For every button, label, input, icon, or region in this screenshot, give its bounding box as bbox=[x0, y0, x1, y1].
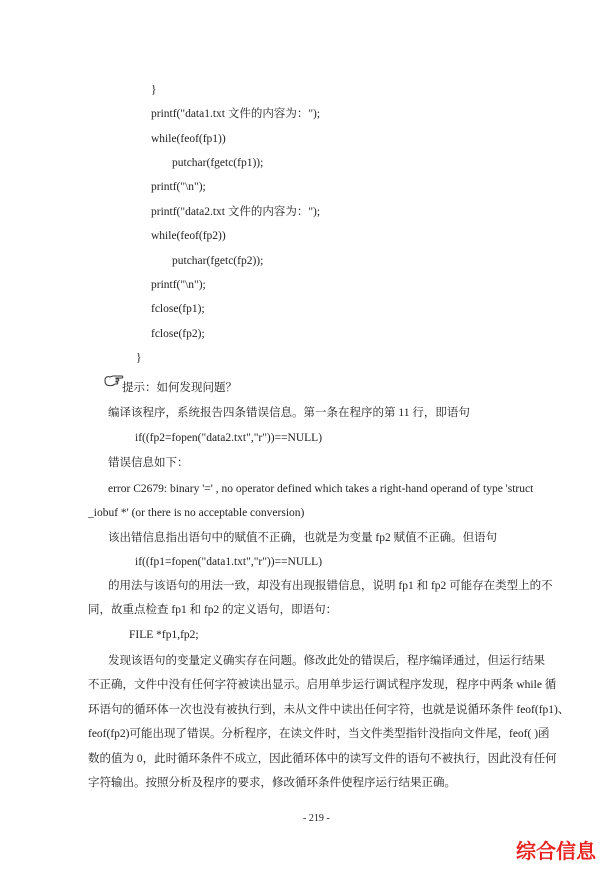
code-line: fclose(fp1); bbox=[151, 302, 205, 316]
code-line: fclose(fp2); bbox=[151, 327, 205, 341]
paragraph-text: 数的值为 0，此时循环条件不成立，因此循环体中的读写文件的语句不被执行，因此没有… bbox=[88, 752, 557, 766]
code-line: printf("data1.txt 文件的内容为："); bbox=[151, 107, 320, 121]
paragraph-text: 同，故重点检查 fp1 和 fp2 的定义语句，即语句： bbox=[88, 603, 337, 617]
code-statement: FILE *fp1,fp2; bbox=[129, 628, 199, 642]
paragraph-text: 发现该语句的变量定义确实存在问题。修改此处的错误后，程序编译通过，但运行结果 bbox=[108, 654, 545, 668]
code-line: putchar(fgetc(fp1)); bbox=[172, 156, 263, 170]
hint-label: 提示：如何发现问题？ bbox=[122, 381, 237, 395]
code-statement: if((fp2=fopen("data2.txt","r"))==NULL) bbox=[135, 431, 322, 445]
error-message-continued: _iobuf *' (or there is no acceptable con… bbox=[88, 506, 304, 520]
paragraph-text: 编译该程序，系统报告四条错误信息。第一条在程序的第 11 行，即语句 bbox=[108, 406, 470, 420]
code-line: printf("\n"); bbox=[151, 180, 206, 194]
code-line: while(feof(fp1)) bbox=[151, 132, 226, 146]
paragraph-text: 字符输出。按照分析及程序的要求，修改循环条件使程序运行结果正确。 bbox=[88, 776, 456, 790]
code-line: printf("data2.txt 文件的内容为："); bbox=[151, 205, 320, 219]
code-line-close-brace: } bbox=[136, 351, 142, 365]
code-line: putchar(fgetc(fp2)); bbox=[172, 254, 263, 268]
paragraph-text: 的用法与该语句的用法一致，却没有出现报错信息，说明 fp1 和 fp2 可能存在… bbox=[108, 579, 553, 593]
paragraph-text: 环语句的循环体一次也没有被执行到，未从文件中读出任何字符，也就是说循环条件 fe… bbox=[88, 703, 569, 717]
paragraph-text: 错误信息如下： bbox=[108, 456, 189, 470]
code-line: while(feof(fp2)) bbox=[151, 229, 226, 243]
watermark-logo: 综合信息 bbox=[516, 838, 596, 864]
pointing-hand-icon bbox=[104, 374, 124, 388]
page-number: - 219 - bbox=[303, 813, 330, 825]
paragraph-text: feof(fp2)可能出现了错误。分析程序，在读文件时，当文件类型指针没指向文件… bbox=[88, 727, 550, 741]
code-statement: if((fp1=fopen("data1.txt","r"))==NULL) bbox=[135, 555, 322, 569]
paragraph-text: 该出错信息指出语句中的赋值不正确，也就是为变量 fp2 赋值不正确。但语句 bbox=[108, 531, 497, 545]
error-message: error C2679: binary '=' , no operator de… bbox=[108, 482, 533, 496]
code-line-close-brace: } bbox=[151, 83, 157, 97]
paragraph-text: 不正确，文件中没有任何字符被读出显示。启用单步运行调试程序发现，程序中两条 wh… bbox=[88, 678, 556, 692]
code-line: printf("\n"); bbox=[151, 278, 206, 292]
